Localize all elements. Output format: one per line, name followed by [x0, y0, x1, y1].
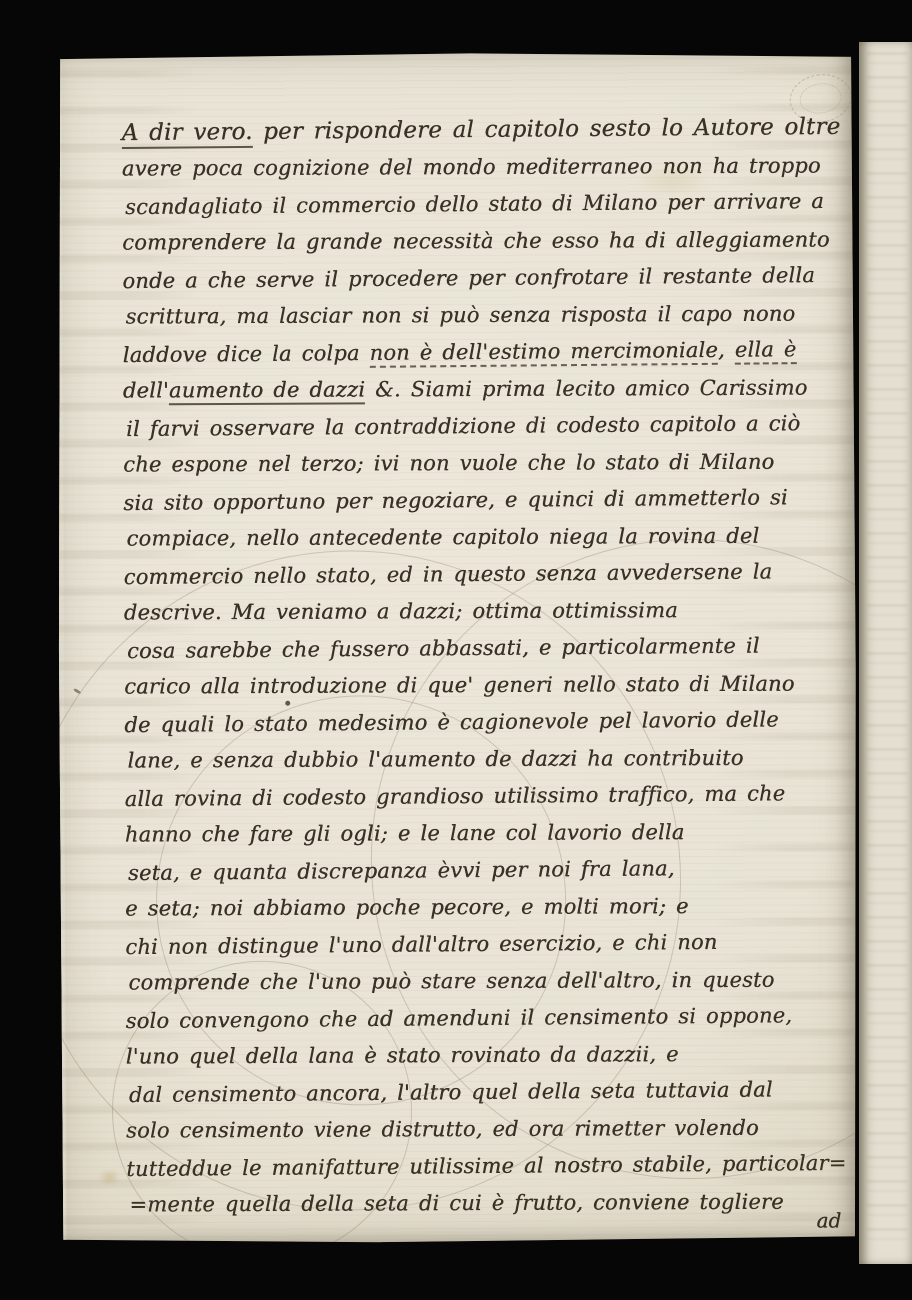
manuscript-text-segment: cosa sarebbe che fussero abbassati, e pa… — [127, 633, 760, 663]
manuscript-line: onde a che serve il procedere per confro… — [122, 257, 828, 300]
manuscript-text-segment: non è dell'estimo mercimoniale — [369, 338, 718, 368]
manuscript-line: scandagliato il commercio dello stato di… — [125, 183, 828, 226]
manuscript-text-segment: scandagliato il commercio dello stato di… — [125, 189, 824, 219]
manuscript-line: comprende che l'uno può stare senza dell… — [128, 961, 831, 1001]
facing-page-ghost-text — [867, 52, 908, 1250]
manuscript-text-segment: commercio nello stato, ed in questo senz… — [124, 559, 773, 589]
manuscript-line: alla rovina di codesto grandioso utiliss… — [124, 775, 830, 818]
manuscript-line: laddove dice la colpa non è dell'estimo … — [123, 331, 829, 374]
manuscript-text-segment: tutteddue le manifatture utilissime al n… — [126, 1151, 846, 1181]
scan-background: A dir vero. per rispondere al capitolo s… — [0, 0, 912, 1300]
manuscript-line: cosa sarebbe che fussero abbassati, e pa… — [127, 627, 830, 670]
manuscript-line: scrittura, ma lasciar non si può senza r… — [125, 295, 828, 335]
manuscript-text-segment: solo censimento viene distrutto, ed ora … — [126, 1116, 759, 1143]
manuscript-text-segment: =mente quella della seta di cui è frutto… — [129, 1190, 784, 1217]
manuscript-text-segment: compiace, nello antecedente capitolo nie… — [126, 524, 759, 551]
manuscript-text-segment: descrive. Ma veniamo a dazzi; ottima ott… — [124, 598, 678, 624]
manuscript-line: seta, e quanta discrepanza èvvi per noi … — [128, 849, 831, 892]
manuscript-line: lane, e senza dubbio l'aumento de dazzi … — [127, 739, 830, 779]
manuscript-line: compiace, nello antecedente capitolo nie… — [126, 517, 829, 557]
manuscript-line: commercio nello stato, ed in questo senz… — [124, 553, 830, 596]
manuscript-line: e seta; noi abbiamo poche pecore, e molt… — [125, 887, 831, 927]
foxing-stain — [94, 1165, 124, 1189]
manuscript-line: A dir vero. per rispondere al capitolo s… — [122, 109, 828, 152]
manuscript-text-segment: che espone nel terzo; ivi non vuole che … — [123, 450, 774, 477]
manuscript-text-segment: laddove dice la colpa — [123, 341, 370, 367]
manuscript-text-segment: aumento de dazzi — [169, 377, 365, 405]
manuscript-text-segment: avere poca cognizione del mondo mediterr… — [122, 153, 821, 180]
facing-page-edge — [859, 42, 912, 1264]
manuscript-page: A dir vero. per rispondere al capitolo s… — [55, 50, 858, 1245]
manuscript-text-segment: onde a che serve il procedere per confro… — [122, 263, 815, 293]
manuscript-text-segment: e seta; noi abbiamo poche pecore, e molt… — [125, 894, 689, 920]
catchword: ad — [816, 1208, 841, 1232]
manuscript-line: solo censimento viene distrutto, ed ora … — [126, 1109, 832, 1149]
manuscript-line: solo convengono che ad amenduni il censi… — [125, 997, 831, 1040]
manuscript-line: dal censimento ancora, l'altro quel dell… — [129, 1071, 832, 1114]
manuscript-text-segment: dell' — [123, 378, 169, 402]
manuscript-line: l'uno quel della lana è stato rovinato d… — [126, 1035, 832, 1075]
manuscript-text-segment: &. Siami prima lecito amico Carissimo — [365, 375, 807, 401]
manuscript-text-segment: dal censimento ancora, l'altro quel dell… — [129, 1077, 773, 1107]
manuscript-text-segment: chi non distingue l'uno dall'altro eserc… — [125, 930, 717, 959]
manuscript-line: de quali lo stato medesimo è cagionevole… — [124, 701, 830, 744]
manuscript-text-segment: l'uno quel della lana è stato rovinato d… — [126, 1042, 679, 1068]
manuscript-text-segment: de quali lo stato medesimo è cagionevole… — [124, 707, 779, 737]
manuscript-text-segment: carico alla introduzione di que' generi … — [124, 672, 795, 699]
manuscript-line: il farvi osservare la contraddizione di … — [126, 405, 829, 448]
manuscript-text-segment: sia sito opportuno per negoziare, e quin… — [123, 485, 788, 515]
manuscript-text-segment: scrittura, ma lasciar non si può senza r… — [125, 302, 795, 329]
manuscript-line: =mente quella della seta di cui è frutto… — [129, 1183, 832, 1223]
manuscript-text-segment: hanno che fare gli ogli; e le lane col l… — [125, 820, 685, 846]
manuscript-line: dell'aumento de dazzi &. Siami prima lec… — [123, 369, 829, 409]
manuscript-line: sia sito opportuno per negoziare, e quin… — [123, 479, 829, 522]
manuscript-text-segment: comprende che l'uno può stare senza dell… — [128, 968, 774, 995]
manuscript-text-segment: A dir vero. — [122, 119, 253, 149]
manuscript-text-segment: il farvi osservare la contraddizione di … — [126, 411, 800, 441]
manuscript-line: che espone nel terzo; ivi non vuole che … — [123, 443, 829, 483]
manuscript-text: A dir vero. per rispondere al capitolo s… — [122, 110, 833, 1223]
manuscript-line: chi non distingue l'uno dall'altro eserc… — [125, 923, 831, 966]
manuscript-text-segment: solo convengono che ad amenduni il censi… — [126, 1003, 793, 1033]
ink-speck — [73, 688, 81, 695]
manuscript-text-segment: per rispondere al capitolo sesto lo Auto… — [252, 114, 840, 145]
manuscript-line: avere poca cognizione del mondo mediterr… — [122, 147, 828, 187]
manuscript-text-segment: , — [718, 338, 735, 362]
manuscript-line: comprendere la grande necessità che esso… — [122, 221, 828, 261]
manuscript-line: hanno che fare gli ogli; e le lane col l… — [125, 813, 831, 853]
manuscript-line: carico alla introduzione di que' generi … — [124, 665, 830, 705]
manuscript-line: tutteddue le manifatture utilissime al n… — [126, 1145, 832, 1188]
manuscript-text-segment: comprendere la grande necessità che esso… — [122, 227, 830, 254]
manuscript-text-segment: lane, e senza dubbio l'aumento de dazzi … — [127, 746, 743, 773]
manuscript-text-segment: ella è — [735, 337, 797, 365]
manuscript-text-segment: alla rovina di codesto grandioso utiliss… — [125, 781, 786, 811]
manuscript-line: descrive. Ma veniamo a dazzi; ottima ott… — [124, 591, 830, 631]
manuscript-text-segment: seta, e quanta discrepanza èvvi per noi … — [128, 856, 675, 885]
